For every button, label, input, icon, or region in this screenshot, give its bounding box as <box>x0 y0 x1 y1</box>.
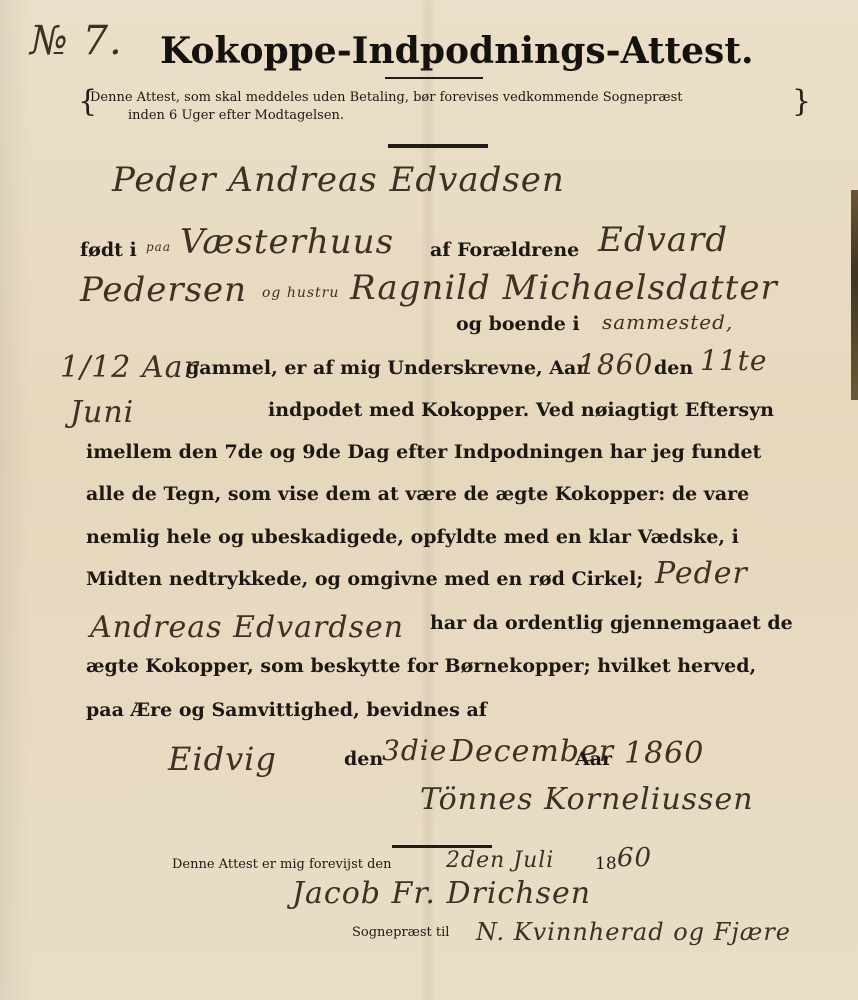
body-line-7: paa Ære og Samvittighed, bevidnes af <box>86 699 487 721</box>
aar-label: Aar <box>575 748 612 770</box>
document-title: Kokoppe-Indpodnings-Attest. <box>160 30 754 72</box>
age-text: gammel, er af mig Underskrevne, Aar <box>186 357 586 379</box>
signing-day: 3die <box>382 734 447 767</box>
born-place: Væsterhuus <box>180 222 394 262</box>
footer-shown-text: Denne Attest er mig forevijst den <box>172 857 392 872</box>
parents-label: af Forældrene <box>430 239 579 261</box>
priest-signature: Jacob Fr. Drichsen <box>292 876 591 911</box>
age-value: 1/12 Aar <box>60 350 199 385</box>
and-wife: og hustru <box>262 285 339 301</box>
priest-label: Sognepræst til <box>352 925 449 940</box>
clip-edge <box>851 190 858 400</box>
notice-line-1: Denne Attest, som skal meddeles uden Bet… <box>90 90 683 105</box>
vaccination-year: 1860 <box>578 348 653 381</box>
vaccination-day: 11te <box>700 344 767 377</box>
den-label: den <box>654 357 693 379</box>
den-label-2: den <box>344 748 383 770</box>
place-signed: Eidvig <box>168 740 277 778</box>
footer-year-prefix: 18 <box>595 854 617 874</box>
certificate-page: № 7. Kokoppe-Indpodnings-Attest. { Denne… <box>0 0 858 1000</box>
body-line-3: nemlig hele og ubeskadigede, opfyldte me… <box>86 526 739 548</box>
residing-value: sammested, <box>602 310 733 334</box>
body-line-4: Midten nedtrykkede, og omgivne med en rø… <box>86 568 643 590</box>
residing-label: og boende i <box>456 313 580 335</box>
right-brace: } <box>792 84 811 119</box>
footer-shown-date: 2den Juli <box>446 848 554 873</box>
certificate-number: № 7. <box>30 18 123 64</box>
header-divider <box>388 144 488 148</box>
father-last-name: Pedersen <box>80 270 247 310</box>
body-line-2: alle de Tegn, som vise dem at være de æg… <box>86 483 749 505</box>
title-divider <box>385 77 483 79</box>
child-name: Peder Andreas Edvadsen <box>112 160 565 200</box>
vaccination-month: Juni <box>70 395 134 430</box>
body-line-1: imellem den 7de og 9de Dag efter Indpodn… <box>86 441 761 463</box>
mother-name: Ragnild Michaelsdatter <box>350 268 778 308</box>
born-place-prefix: paa <box>146 240 171 254</box>
vaccinator-signature: Tönnes Korneliussen <box>420 782 754 817</box>
born-label: født i <box>80 239 137 261</box>
notice-line-2: inden 6 Uger efter Modtagelsen. <box>128 108 344 123</box>
signing-year: 1860 <box>624 736 704 771</box>
father-first-name: Edvard <box>598 220 728 260</box>
body-line-5: har da ordentlig gjennemgaaet de <box>430 612 793 634</box>
parish-name: N. Kvinnherad og Fjære <box>476 918 791 946</box>
child-name-repeat-first: Peder <box>655 556 748 591</box>
vaccination-text: indpodet med Kokopper. Ved nøiagtigt Eft… <box>268 399 774 421</box>
child-name-repeat-rest: Andreas Edvardsen <box>90 610 404 645</box>
body-line-6: ægte Kokopper, som beskytte for Børnekop… <box>86 655 756 677</box>
footer-year-suffix: 60 <box>617 843 652 873</box>
